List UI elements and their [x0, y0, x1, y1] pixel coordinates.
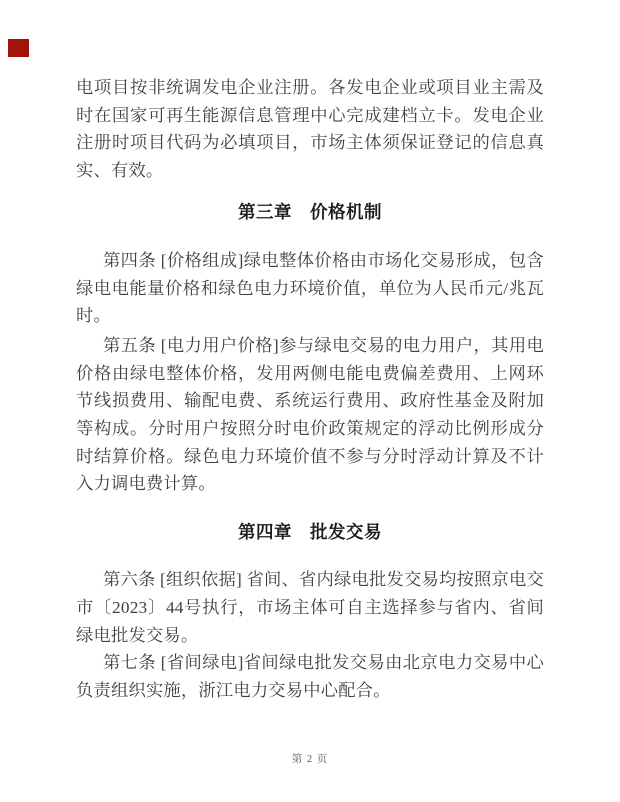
paragraph-article-5: 第五条 [电力用户价格]参与绿电交易的电力用户，其用电价格由绿电整体价格，发用两… — [76, 332, 544, 498]
paragraph-article-4: 第四条 [价格组成]绿电整体价格由市场化交易形成，包含绿电电能量价格和绿色电力环… — [76, 247, 544, 330]
document-body: 电项目按非统调发电企业注册。各发电企业或项目业主需及时在国家可再生能源信息管理中… — [76, 0, 544, 705]
chapter-heading-price-mechanism: 第三章 价格机制 — [76, 198, 544, 226]
page-number-footer: 第 2 页 — [0, 753, 620, 767]
corner-annotation-marker — [8, 39, 29, 57]
paragraph-article-6: 第六条 [组织依据] 省间、省内绿电批发交易均按照京电交市〔2023〕44号执行… — [76, 566, 544, 649]
document-page: 电项目按非统调发电企业注册。各发电企业或项目业主需及时在国家可再生能源信息管理中… — [0, 0, 620, 802]
paragraph-article-7: 第七条 [省间绿电]省间绿电批发交易由北京电力交易中心负责组织实施，浙江电力交易… — [76, 649, 544, 704]
chapter-heading-wholesale-trading: 第四章 批发交易 — [76, 518, 544, 546]
paragraph-continuation: 电项目按非统调发电企业注册。各发电企业或项目业主需及时在国家可再生能源信息管理中… — [76, 74, 544, 185]
